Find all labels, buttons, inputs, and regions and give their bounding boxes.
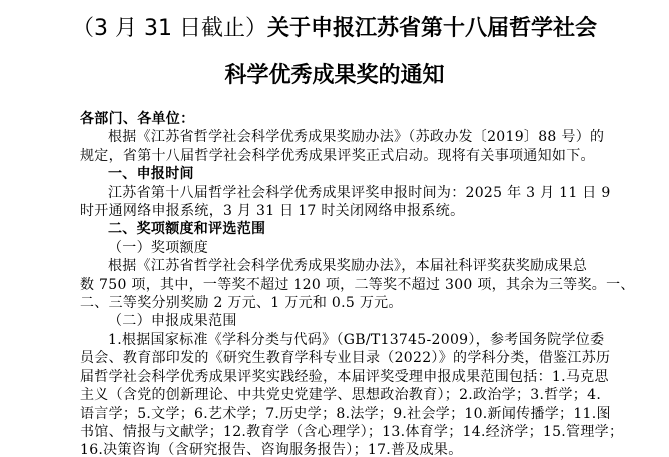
text-line: 员会、教育部印发的《研究生教育学科专业目录（2022）》的学科分类，借鉴江苏历 [80, 349, 639, 367]
notice-title-line-2: 科学优秀成果奖的通知 [0, 60, 669, 91]
notice-document: （3 月 31 日截止）关于申报江苏省第十八届哲学社会 科学优秀成果奖的通知 各… [0, 0, 669, 457]
text-line: 二、三等奖分别奖励 2 万元、1 万元和 0.5 万元。 [80, 294, 639, 312]
text-line: 规定，省第十八届哲学社会科学优秀成果评奖正式启动。现将有关事项通知如下。 [80, 147, 639, 165]
notice-title: （3 月 31 日截止）关于申报江苏省第十八届哲学社会 科学优秀成果奖的通知 [0, 0, 669, 91]
text-line: 语言学；5.文学；6.艺术学；7.历史学；8.法学；9.社会学；10.新闻传播学… [80, 405, 639, 423]
text-line: 根据《江苏省哲学社会科学优秀成果奖励办法》，本届社科评奖获奖励成果总 [80, 257, 639, 275]
text-line: 各部门、各单位： [80, 110, 639, 128]
text-line: 根据《江苏省哲学社会科学优秀成果奖励办法》（苏政办发〔2019〕88 号）的 [80, 128, 639, 146]
document-body: 各部门、各单位：根据《江苏省哲学社会科学优秀成果奖励办法》（苏政办发〔2019〕… [80, 110, 639, 457]
text-line: 16.决策咨询（含研究报告、咨询服务报告）；17.普及成果。 [80, 441, 639, 457]
text-line: 1.根据国家标准《学科分类与代码》（GB/T13745-2009），参考国务院学… [80, 331, 639, 349]
title-main-text: 关于申报江苏省第十八届哲学社会 [267, 16, 597, 41]
text-line: （一）奖项额度 [80, 239, 639, 257]
text-line: 江苏省第十八届哲学社会科学优秀成果评奖申报时间为：2025 年 3 月 11 日… [80, 184, 639, 202]
text-line: 届哲学社会科学优秀成果评奖实践经验，本届评奖受理申报成果范围包括：1.马克思 [80, 368, 639, 386]
notice-title-line-1: （3 月 31 日截止）关于申报江苏省第十八届哲学社会 [0, 13, 669, 44]
text-line: 数 750 项，其中，一等奖不超过 120 项，二等奖不超过 300 项，其余为… [80, 276, 639, 294]
text-line: 书馆、情报与文献学；12.教育学（含心理学）；13.体育学；14.经济学；15.… [80, 423, 639, 441]
text-line: 时开通网络申报系统，3 月 31 日 17 时关闭网络申报系统。 [80, 202, 639, 220]
text-line: 主义（含党的创新理论、中共党史党建学、思想政治教育）；2.政治学；3.哲学；4. [80, 386, 639, 404]
text-line: 一、申报时间 [80, 165, 639, 183]
title-deadline-prefix: （3 月 31 日截止） [72, 16, 267, 41]
text-line: 二、奖项额度和评选范围 [80, 220, 639, 238]
text-line: （二）申报成果范围 [80, 312, 639, 330]
